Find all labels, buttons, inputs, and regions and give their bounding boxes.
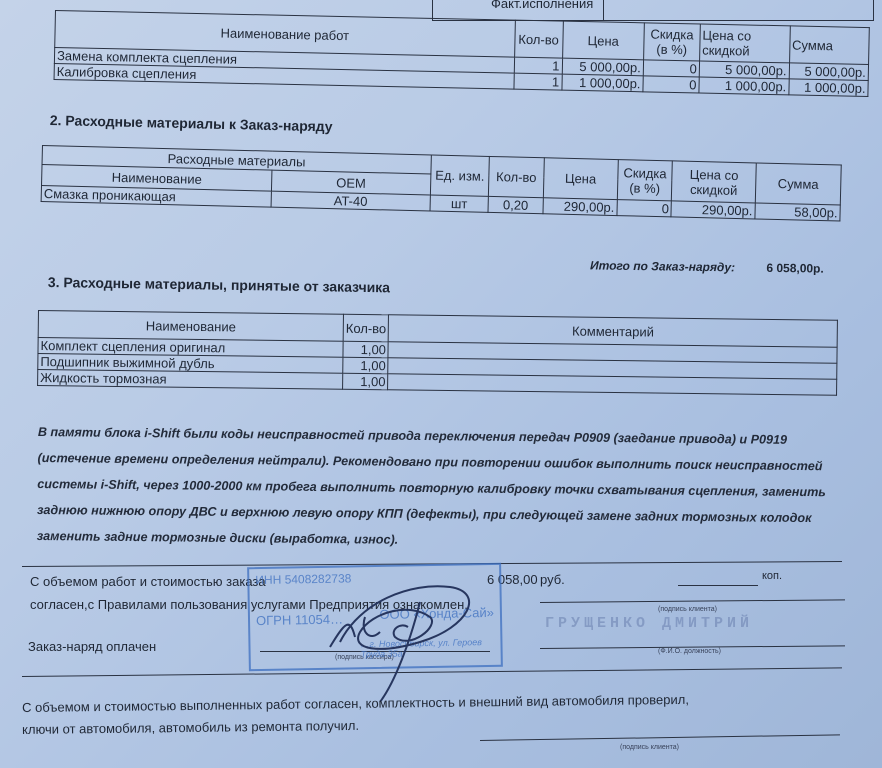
client-signature-line	[540, 599, 845, 603]
total-label: Итого по Заказ-наряду:	[590, 258, 735, 274]
col-name: Наименование	[38, 311, 343, 342]
client-signature-caption: (подпись клиента)	[658, 606, 717, 613]
section-2-title: 2. Расходные материалы к Заказ-наряду	[50, 112, 333, 134]
signature-icon	[300, 562, 500, 702]
col-qty: Кол-во	[343, 314, 389, 342]
execution-date-label: Факт.исполнения	[491, 0, 593, 11]
kop-field-line	[678, 585, 758, 586]
section-3-title: 3. Расходные материалы, принятые от зака…	[48, 274, 390, 295]
col-discount: Скидка (в %)	[617, 160, 673, 201]
order-total: Итого по Заказ-наряду: 6 058,00р.	[590, 258, 824, 275]
final-signature-line	[480, 734, 840, 741]
final-line-2: ключи от автомобиля, автомобиль из ремон…	[22, 718, 359, 737]
agreement-kop: коп.	[762, 570, 782, 582]
col-qty: Кол-во	[514, 20, 563, 58]
col-sum: Сумма	[789, 26, 869, 65]
fio-caption: (Ф.И.О. должность)	[658, 648, 721, 655]
diagnostic-note: В памяти блока i-Shift были коды неиспра…	[37, 419, 858, 558]
works-table: Наименование работ Кол-во Цена Скидка (в…	[54, 10, 870, 97]
col-discounted-price: Цена со скидкой	[699, 24, 790, 63]
agreement-line-1: С объемом работ и стоимостью заказа	[30, 574, 266, 589]
execution-date-strip: Факт.исполнения	[432, 0, 874, 21]
col-discount: Скидка (в %)	[644, 23, 701, 61]
master-name-stamp: ГРУЩЕНКО ДМИТРИЙ	[545, 615, 753, 632]
final-line-1: С объемом и стоимостью выполненных работ…	[22, 692, 689, 715]
work-order-page: Факт.исполнения Наименование работ Кол-в…	[0, 0, 882, 768]
agreement-rub: руб.	[540, 572, 565, 587]
customer-materials-table: Наименование Кол-во Комментарий Комплект…	[37, 310, 838, 396]
col-qty: Кол-во	[489, 156, 544, 197]
paid-label: Заказ-наряд оплачен	[28, 639, 156, 654]
final-signature-caption: (подпись клиента)	[620, 744, 679, 751]
col-unit: Ед. изм.	[430, 155, 489, 196]
consumables-table: Расходные материалы Ед. изм. Кол-во Цена…	[41, 145, 842, 222]
col-discounted-price: Цена со скидкой	[672, 161, 756, 203]
col-price: Цена	[562, 21, 644, 60]
col-price: Цена	[543, 158, 618, 200]
col-sum: Сумма	[755, 163, 841, 205]
total-value: 6 058,00р.	[766, 261, 824, 276]
